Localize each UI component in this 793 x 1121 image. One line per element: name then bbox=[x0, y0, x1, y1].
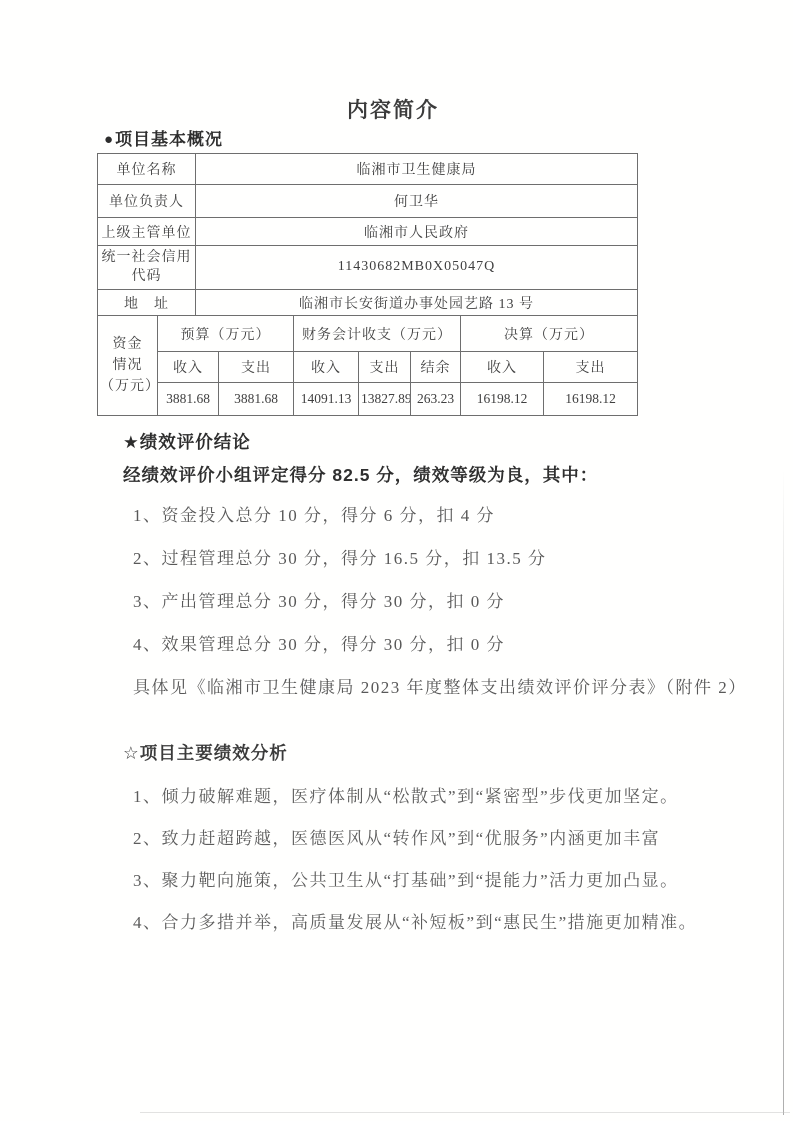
funding-table: 资金 情况 （万元） 预算（万元） 财务会计收支（万元） 决算（万元） 收入 支… bbox=[97, 315, 638, 416]
document-page: 内容简介 ●项目基本概况 单位名称 临湘市卫生健康局 单位负责人 何卫华 上级主… bbox=[0, 0, 793, 1121]
funding-subheader-row: 收入 支出 收入 支出 结余 收入 支出 bbox=[98, 352, 638, 383]
address-label: 地 址 bbox=[98, 290, 196, 316]
analysis-item-1: 1、倾力破解难题，医疗体制从“松散式”到“紧密型”步伐更加坚定。 bbox=[97, 776, 745, 818]
budget-income-header: 收入 bbox=[158, 352, 219, 383]
project-info-table: 单位名称 临湘市卫生健康局 单位负责人 何卫华 上级主管单位 临湘市人民政府 统… bbox=[97, 153, 637, 416]
conclusion-title: 绩效评价结论 bbox=[140, 432, 251, 452]
unit-name-value: 临湘市卫生健康局 bbox=[196, 154, 638, 185]
bullet-icon: ● bbox=[104, 131, 114, 148]
budget-income-value: 3881.68 bbox=[158, 383, 219, 416]
funding-group-header-row: 资金 情况 （万元） 预算（万元） 财务会计收支（万元） 决算（万元） bbox=[98, 316, 638, 352]
funding-label-line: 情况 bbox=[100, 355, 155, 376]
final-income-value: 16198.12 bbox=[461, 383, 544, 416]
analysis-header: ☆项目主要绩效分析 bbox=[123, 740, 745, 766]
supervisor-unit-value: 临湘市人民政府 bbox=[196, 218, 638, 246]
scan-edge-line-bottom bbox=[140, 1112, 790, 1113]
star-icon: ★ bbox=[123, 432, 140, 452]
accounting-income-value: 14091.13 bbox=[294, 383, 359, 416]
table-row: 统一社会信用代码 11430682MB0X05047Q bbox=[98, 246, 638, 290]
final-income-header: 收入 bbox=[461, 352, 544, 383]
funding-label-line: （万元） bbox=[100, 376, 155, 397]
conclusion-item-3: 3、产出管理总分 30 分，得分 30 分，扣 0 分 bbox=[97, 580, 745, 623]
section-overview-title: 项目基本概况 bbox=[115, 130, 223, 149]
accounting-balance-header: 结余 bbox=[411, 352, 461, 383]
scan-edge-line-vertical bbox=[783, 470, 784, 1115]
accounting-income-header: 收入 bbox=[294, 352, 359, 383]
analysis-title: 项目主要绩效分析 bbox=[140, 743, 288, 763]
supervisor-unit-label: 上级主管单位 bbox=[98, 218, 196, 246]
final-expense-value: 16198.12 bbox=[544, 383, 638, 416]
analysis-item-2: 2、致力赶超跨越，医德医风从“转作风”到“优服务”内涵更加丰富 bbox=[97, 818, 745, 860]
unit-name-label: 单位名称 bbox=[98, 154, 196, 185]
analysis-section: ☆项目主要绩效分析 1、倾力破解难题，医疗体制从“松散式”到“紧密型”步伐更加坚… bbox=[97, 740, 745, 944]
accounting-group-header: 财务会计收支（万元） bbox=[294, 316, 461, 352]
conclusion-intro: 经绩效评价小组评定得分 82.5 分，绩效等级为良，其中： bbox=[123, 460, 745, 494]
accounting-expense-value: 13827.89 bbox=[359, 383, 411, 416]
conclusion-item-1: 1、资金投入总分 10 分，得分 6 分，扣 4 分 bbox=[97, 494, 745, 537]
table-row: 单位名称 临湘市卫生健康局 bbox=[98, 154, 638, 185]
basic-info-table: 单位名称 临湘市卫生健康局 单位负责人 何卫华 上级主管单位 临湘市人民政府 统… bbox=[97, 153, 638, 316]
final-group-header: 决算（万元） bbox=[461, 316, 638, 352]
unit-head-label: 单位负责人 bbox=[98, 185, 196, 218]
conclusion-item-4: 4、效果管理总分 30 分，得分 30 分，扣 0 分 bbox=[97, 623, 745, 666]
table-row: 单位负责人 何卫华 bbox=[98, 185, 638, 218]
funding-values-row: 3881.68 3881.68 14091.13 13827.89 263.23… bbox=[98, 383, 638, 416]
page-title: 内容简介 bbox=[0, 94, 786, 124]
conclusion-section: ★绩效评价结论 经绩效评价小组评定得分 82.5 分，绩效等级为良，其中： 1、… bbox=[97, 430, 745, 709]
budget-group-header: 预算（万元） bbox=[158, 316, 294, 352]
table-row: 地 址 临湘市长安街道办事处园艺路 13 号 bbox=[98, 290, 638, 316]
analysis-item-3: 3、聚力靶向施策，公共卫生从“打基础”到“提能力”活力更加凸显。 bbox=[97, 860, 745, 902]
budget-expense-header: 支出 bbox=[219, 352, 294, 383]
table-row: 上级主管单位 临湘市人民政府 bbox=[98, 218, 638, 246]
analysis-item-4: 4、合力多措并举，高质量发展从“补短板”到“惠民生”措施更加精准。 bbox=[97, 902, 745, 944]
budget-expense-value: 3881.68 bbox=[219, 383, 294, 416]
accounting-expense-header: 支出 bbox=[359, 352, 411, 383]
star-outline-icon: ☆ bbox=[123, 743, 140, 763]
accounting-balance-value: 263.23 bbox=[411, 383, 461, 416]
section-overview-header: ●项目基本概况 bbox=[104, 125, 223, 150]
credit-code-label: 统一社会信用代码 bbox=[98, 246, 196, 290]
credit-code-value: 11430682MB0X05047Q bbox=[196, 246, 638, 290]
final-expense-header: 支出 bbox=[544, 352, 638, 383]
address-value: 临湘市长安街道办事处园艺路 13 号 bbox=[196, 290, 638, 316]
funding-row-label: 资金 情况 （万元） bbox=[98, 316, 158, 416]
conclusion-item-2: 2、过程管理总分 30 分，得分 16.5 分，扣 13.5 分 bbox=[97, 537, 745, 580]
conclusion-detail: 具体见《临湘市卫生健康局 2023 年度整体支出绩效评价评分表》（附件 2） bbox=[97, 666, 745, 709]
conclusion-header: ★绩效评价结论 bbox=[123, 430, 745, 454]
unit-head-value: 何卫华 bbox=[196, 185, 638, 218]
funding-label-line: 资金 bbox=[100, 334, 155, 355]
